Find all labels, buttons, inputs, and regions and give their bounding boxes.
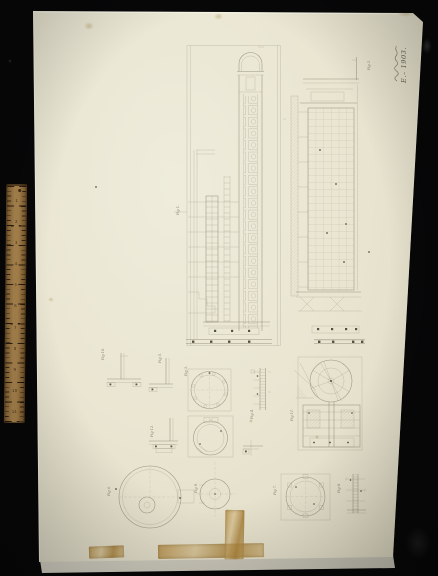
pencil-drawing-layer xyxy=(0,0,438,576)
ruler-number: 11 xyxy=(12,409,17,414)
truss-elevation-drawing xyxy=(291,57,365,344)
figure-label: Fig 6. xyxy=(107,486,111,496)
ruler-number: 6 xyxy=(14,303,17,308)
figure-label: Fig 2. xyxy=(367,60,371,70)
archive-photograph: Fig 1. Fig 2. Fig 3. Fig 4. Fig 5. Fig 6… xyxy=(0,0,438,576)
repair-tape xyxy=(225,510,245,560)
background-smudge xyxy=(405,526,431,560)
ruler-number: 1 xyxy=(15,198,18,203)
paper-speck xyxy=(95,186,97,188)
figure-label: Fig 7. xyxy=(273,485,277,495)
handwritten-scribble xyxy=(392,44,400,82)
ruler-number: 5 xyxy=(14,282,17,287)
figure-label: Fig 5. xyxy=(158,353,162,363)
figure-label: Fig 10. xyxy=(101,348,105,360)
figure-label: Fig 11. xyxy=(290,409,294,421)
figure-label: Fig 1. xyxy=(176,205,180,215)
foxing-stain xyxy=(330,8,338,13)
ruler-hang-hole xyxy=(18,189,21,192)
paper-speck xyxy=(368,251,370,253)
inventory-mark: E.– 1903. xyxy=(391,38,417,84)
background-smudge xyxy=(422,38,432,54)
ruler-number: 3 xyxy=(15,240,18,245)
ruler-number: 7 xyxy=(14,325,17,330)
figure-label: Fig 3. xyxy=(184,366,188,376)
figure-label: Fig 12. xyxy=(150,425,154,437)
plan-detail-drawings-upper xyxy=(188,368,271,457)
ruler-number: 9 xyxy=(14,367,17,372)
figure-label: Fig 9. xyxy=(194,483,198,493)
ruler-scale-numbers: 1234567891011 xyxy=(4,198,27,414)
main-elevation-drawing xyxy=(174,46,286,346)
ruler-number: 4 xyxy=(15,261,18,266)
ruler-number: 10 xyxy=(12,388,17,393)
wooden-ruler: 1234567891011 xyxy=(4,184,28,423)
drawing-sheet: Fig 1. Fig 2. Fig 3. Fig 4. Fig 5. Fig 6… xyxy=(0,0,438,576)
figure-label: Fig 8. xyxy=(337,483,341,493)
mechanism-detail-drawing xyxy=(294,357,362,450)
paper-speck xyxy=(345,223,347,225)
background-smudge xyxy=(8,59,12,63)
inventory-number: E.– 1903. xyxy=(400,38,408,83)
ruler-number: 2 xyxy=(15,219,18,224)
ruler-number: 8 xyxy=(14,346,17,351)
repair-tape xyxy=(158,543,264,559)
figure-label: Fig 4. xyxy=(250,409,254,419)
repair-tape xyxy=(89,545,124,558)
